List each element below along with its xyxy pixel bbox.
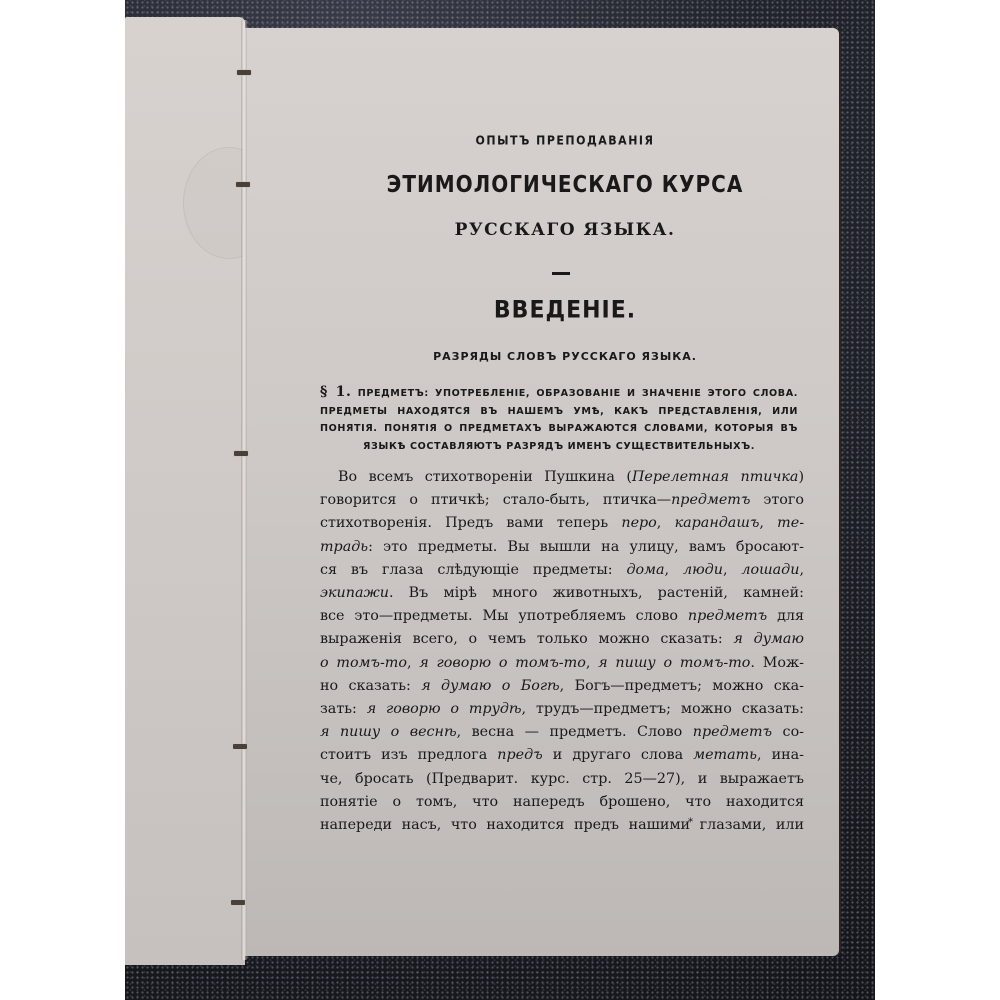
text-run: напереди насъ, что находится предъ нашим… bbox=[320, 817, 804, 833]
signature-mark: * bbox=[688, 817, 693, 828]
italic-term: предъ bbox=[497, 747, 542, 763]
text-run: стихотворенія. Предъ вами теперь bbox=[320, 515, 621, 531]
title-line-3: РУССКАГО ЯЗЫКА. bbox=[320, 220, 810, 240]
italic-term: перо bbox=[621, 515, 656, 531]
body-line: зать: я говорю о трудѣ, трудъ—предметъ; … bbox=[320, 698, 804, 721]
body-line: Во всемъ стихотвореніи Пушкина (Перелетн… bbox=[320, 466, 804, 489]
italic-term: я говорю о томъ-то bbox=[419, 655, 586, 671]
body-line: все это—предметы. Мы употребляемъ слово … bbox=[320, 605, 804, 628]
text-run: все это—предметы. Мы употребляемъ слово bbox=[320, 608, 688, 624]
text-run: выраженія всего, о чемъ только можно ска… bbox=[320, 631, 733, 647]
section-title: ВВЕДЕНІЕ. bbox=[320, 297, 810, 325]
text-run: говорится о птичкѣ; стало-быть, птичка— bbox=[320, 492, 671, 508]
body-line: стихотворенія. Предъ вами теперь перо, к… bbox=[320, 512, 804, 535]
italic-term: я думаю о Богѣ bbox=[421, 678, 559, 694]
spine-gutter bbox=[241, 20, 247, 960]
text-run: , Богъ—предметъ; можно ска- bbox=[560, 678, 804, 694]
body-text: Во всемъ стихотвореніи Пушкина (Перелетн… bbox=[320, 466, 804, 837]
body-line: о томъ-то, я говорю о томъ-то, я пишу о … bbox=[320, 652, 804, 675]
title-line-1: ОПЫТЪ ПРЕПОДАВАНІЯ bbox=[320, 133, 810, 147]
italic-term: карандашъ bbox=[675, 515, 760, 531]
title-line-2: ЭТИМОЛОГИЧЕСКАГО КУРСА bbox=[320, 170, 810, 198]
body-line: напереди насъ, что находится предъ нашим… bbox=[320, 814, 804, 837]
summary-text: ПРЕДМЕТЪ: УПОТРЕБЛЕНІЕ, ОБРАЗОВАНІЕ И ЗН… bbox=[320, 388, 798, 452]
body-line: ся въ глаза слѣдующіе предметы: дома, лю… bbox=[320, 559, 804, 582]
italic-term: экипажи bbox=[320, 585, 389, 601]
binding-stitch bbox=[236, 182, 250, 187]
text-run: , bbox=[723, 562, 741, 578]
text-run: , весна — предметъ. Слово bbox=[457, 724, 693, 740]
body-line: че, бросать (Предварит. курс. стр. 25—27… bbox=[320, 768, 804, 791]
binding-stitch bbox=[233, 744, 247, 749]
body-line: говорится о птичкѣ; стало-быть, птичка—п… bbox=[320, 489, 804, 512]
binding-stitch bbox=[231, 900, 245, 905]
text-run: че, бросать (Предварит. курс. стр. 25—27… bbox=[320, 771, 804, 787]
italic-term: предметъ bbox=[671, 492, 750, 508]
text-run: , ина- bbox=[757, 747, 804, 763]
italic-term: Перелетная птичка bbox=[632, 469, 798, 485]
text-run: : это предметы. Вы вышли на улицу, вамъ … bbox=[368, 539, 804, 555]
text-run: со- bbox=[772, 724, 804, 740]
italic-term: те- bbox=[777, 515, 804, 531]
book-photo: ОПЫТЪ ПРЕПОДАВАНІЯ ЭТИМОЛОГИЧЕСКАГО КУРС… bbox=[125, 0, 875, 1000]
italic-term: люди bbox=[683, 562, 723, 578]
italic-term: традь bbox=[320, 539, 368, 555]
body-line: понятіе о томъ, что напередъ брошено, чт… bbox=[320, 791, 804, 814]
text-run: . Мож- bbox=[750, 655, 804, 671]
italic-term: лошади bbox=[741, 562, 799, 578]
text-run: но сказать: bbox=[320, 678, 421, 694]
italic-term: предметъ bbox=[693, 724, 772, 740]
text-run: , bbox=[407, 655, 419, 671]
body-line: традь: это предметы. Вы вышли на улицу, … bbox=[320, 536, 804, 559]
text-run: , bbox=[586, 655, 598, 671]
text-run: , bbox=[799, 562, 804, 578]
body-line: но сказать: я думаю о Богѣ, Богъ—предмет… bbox=[320, 675, 804, 698]
binding-stitch bbox=[237, 70, 251, 75]
paragraph-summary: § 1. ПРЕДМЕТЪ: УПОТРЕБЛЕНІЕ, ОБРАЗОВАНІЕ… bbox=[320, 384, 798, 455]
italic-term: дома bbox=[626, 562, 664, 578]
text-run: ся въ глаза слѣдующіе предметы: bbox=[320, 562, 626, 578]
text-run: понятіе о томъ, что напередъ брошено, чт… bbox=[320, 794, 804, 810]
italic-term: я пишу о веснѣ bbox=[320, 724, 457, 740]
binding-stitch bbox=[234, 451, 248, 456]
text-run: Во всемъ стихотвореніи Пушкина ( bbox=[338, 469, 632, 485]
body-line: стоитъ изъ предлога предъ и другаго слов… bbox=[320, 744, 804, 767]
italic-term: я говорю о трудѣ bbox=[367, 701, 522, 717]
italic-term: предметъ bbox=[688, 608, 767, 624]
body-line: экипажи. Въ мірѣ много животныхъ, растен… bbox=[320, 582, 804, 605]
body-line: я пишу о веснѣ, весна — предметъ. Слово … bbox=[320, 721, 804, 744]
text-run: , трудъ—предметъ; можно сказать: bbox=[522, 701, 804, 717]
italic-term: метать bbox=[693, 747, 757, 763]
body-line: выраженія всего, о чемъ только можно ска… bbox=[320, 628, 804, 651]
text-run: , bbox=[657, 515, 675, 531]
text-run: . Въ мірѣ много животныхъ, растеній, кам… bbox=[389, 585, 804, 601]
text-run: этого bbox=[750, 492, 804, 508]
left-page-blank bbox=[125, 17, 245, 965]
italic-term: я пишу о томъ-то bbox=[598, 655, 750, 671]
text-run: , bbox=[759, 515, 777, 531]
text-run: зать: bbox=[320, 701, 367, 717]
text-run: ) bbox=[798, 469, 804, 485]
text-run: стоитъ изъ предлога bbox=[320, 747, 497, 763]
italic-term: я думаю bbox=[733, 631, 804, 647]
italic-term: о томъ-то bbox=[320, 655, 407, 671]
text-run: для bbox=[767, 608, 804, 624]
text-run: и другаго слова bbox=[543, 747, 694, 763]
paragraph-mark: § 1. bbox=[320, 384, 352, 400]
text-run: , bbox=[665, 562, 683, 578]
title-divider bbox=[552, 272, 570, 275]
section-subtitle: РАЗРЯДЫ СЛОВЪ РУССКАГО ЯЗЫКА. bbox=[320, 350, 810, 363]
